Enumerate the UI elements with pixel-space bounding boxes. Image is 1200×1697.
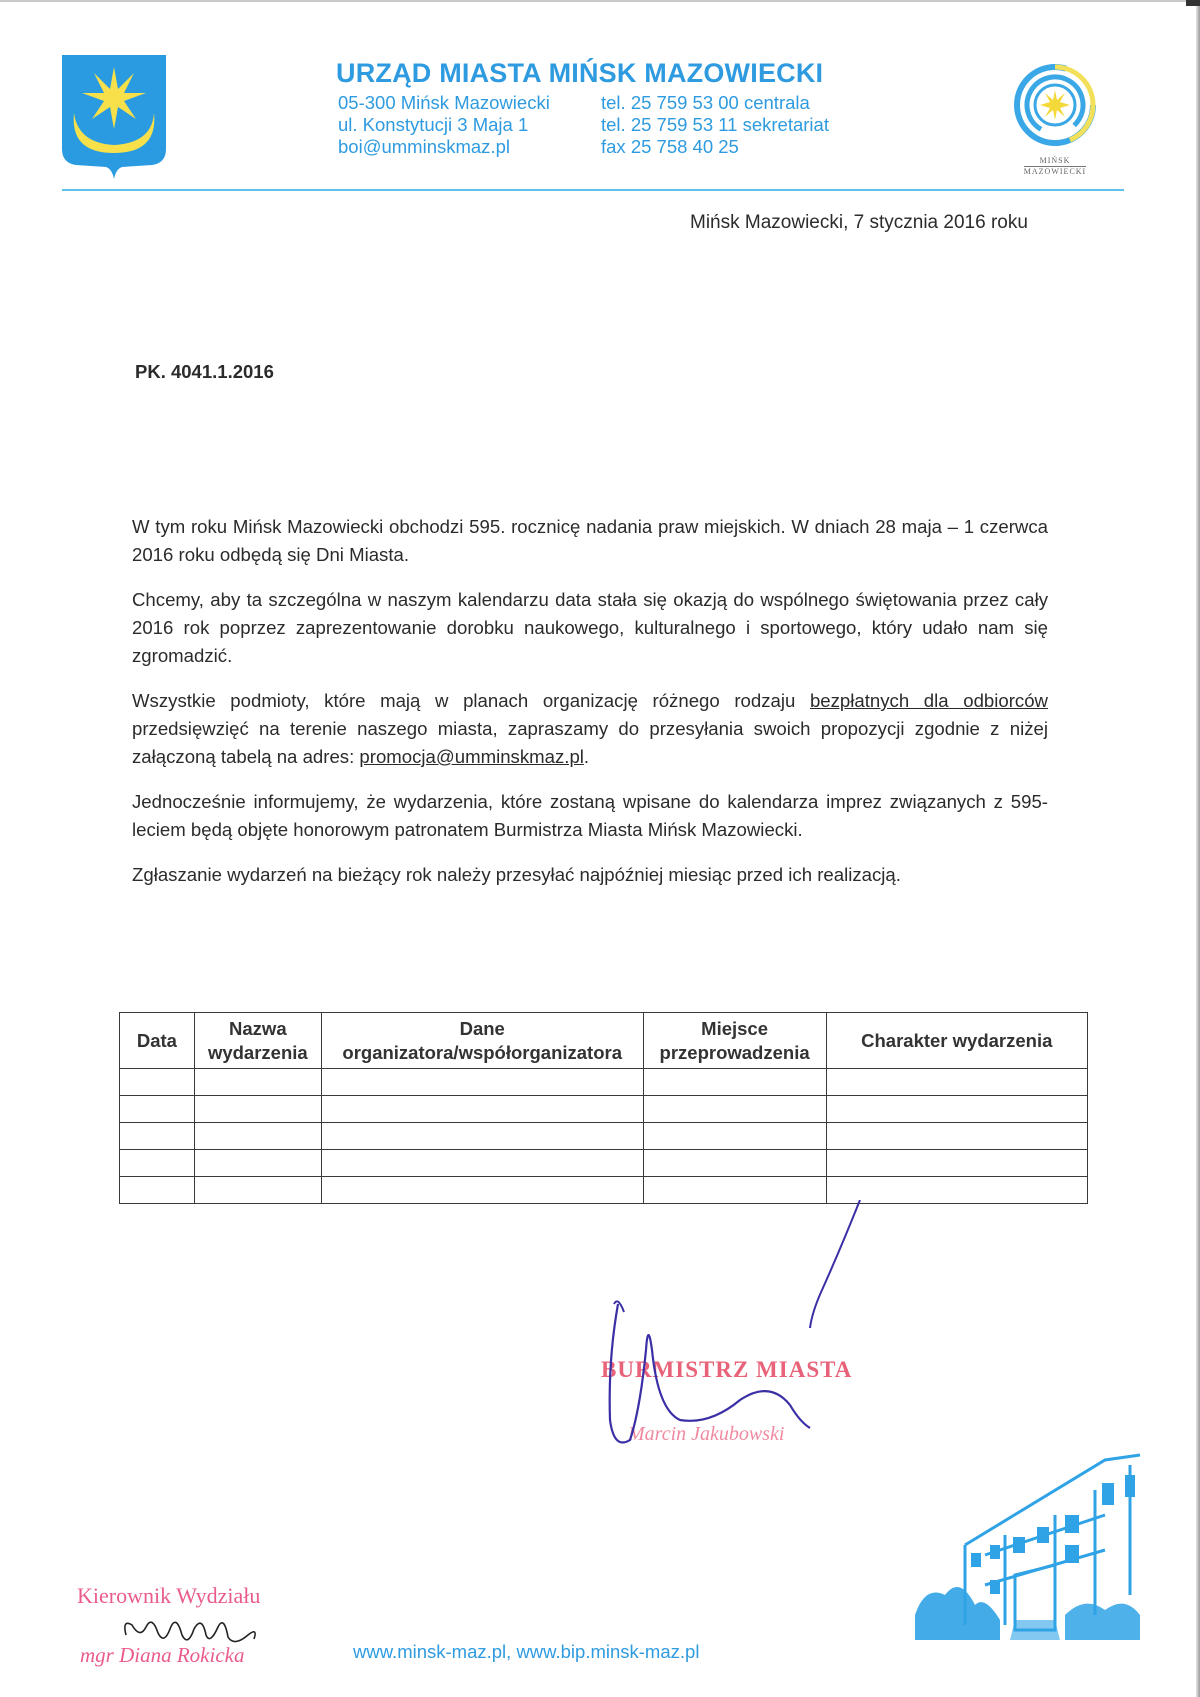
- table-row: [120, 1150, 1088, 1177]
- table-cell[interactable]: [321, 1177, 643, 1204]
- table-cell[interactable]: [321, 1150, 643, 1177]
- paragraph-celebration: Chcemy, aby ta szczególna w naszym kalen…: [132, 586, 1048, 670]
- paragraph-anniversary: W tym roku Mińsk Mazowiecki obchodzi 595…: [132, 513, 1048, 569]
- letter-body: W tym roku Mińsk Mazowiecki obchodzi 595…: [132, 513, 1048, 906]
- table-header-row: Data Nazwawydarzenia Daneorganizatora/ws…: [120, 1013, 1088, 1069]
- sun-swirl-logo-icon: [1010, 60, 1100, 150]
- phone-block: tel. 25 759 53 00 centrala tel. 25 759 5…: [601, 92, 829, 158]
- table-cell[interactable]: [194, 1069, 321, 1096]
- organization-title: URZĄD MIASTA MIŃSK MAZOWIECKI: [336, 58, 823, 89]
- table-cell[interactable]: [826, 1096, 1087, 1123]
- invitation-end: .: [584, 746, 589, 767]
- city-logo: MIŃSK MAZOWIECKI: [1010, 60, 1100, 180]
- paragraph-invitation: Wszystkie podmioty, które mają w planach…: [132, 687, 1048, 771]
- table-cell[interactable]: [194, 1096, 321, 1123]
- table-cell[interactable]: [643, 1069, 826, 1096]
- table-cell[interactable]: [194, 1177, 321, 1204]
- address-email[interactable]: boi@umminskmaz.pl: [338, 136, 550, 158]
- free-events-emphasis: bezpłatnych dla odbiorców: [810, 690, 1048, 711]
- table-cell[interactable]: [120, 1177, 195, 1204]
- scan-edge: [0, 0, 1200, 2]
- mayor-signature-icon: [600, 1200, 900, 1455]
- table-cell[interactable]: [120, 1150, 195, 1177]
- table-cell[interactable]: [643, 1150, 826, 1177]
- reference-number: PK. 4041.1.2016: [135, 361, 274, 383]
- column-header-event-type: Charakter wydarzenia: [826, 1013, 1087, 1069]
- table-row: [120, 1123, 1088, 1150]
- paragraph-patronage: Jednocześnie informujemy, że wydarzenia,…: [132, 788, 1048, 844]
- place-date: Mińsk Mazowiecki, 7 stycznia 2016 roku: [690, 212, 1028, 234]
- phone-central: tel. 25 759 53 00 centrala: [601, 92, 829, 114]
- footer-website-links[interactable]: www.minsk-maz.pl, www.bip.minsk-maz.pl: [353, 1641, 699, 1663]
- table-cell[interactable]: [826, 1069, 1087, 1096]
- address-postal: 05-300 Mińsk Mazowiecki: [338, 92, 550, 114]
- table-cell[interactable]: [120, 1069, 195, 1096]
- town-hall-building-icon: [905, 1445, 1145, 1645]
- table-cell[interactable]: [643, 1096, 826, 1123]
- invitation-text: Wszystkie podmioty, które mają w planach…: [132, 690, 810, 711]
- address-street: ul. Konstytucji 3 Maja 1: [338, 114, 550, 136]
- events-form-table: Data Nazwawydarzenia Daneorganizatora/ws…: [119, 1012, 1088, 1204]
- column-header-organizer: Daneorganizatora/współorganizatora: [321, 1013, 643, 1069]
- scan-edge-right: [1196, 0, 1200, 1697]
- department-head-name: mgr Diana Rokicka: [80, 1643, 244, 1668]
- table-cell[interactable]: [194, 1123, 321, 1150]
- table-row: [120, 1069, 1088, 1096]
- phone-secretariat: tel. 25 759 53 11 sekretariat: [601, 114, 829, 136]
- paragraph-deadline: Zgłaszanie wydarzeń na bieżący rok należ…: [132, 861, 1048, 889]
- star-crescent-shield-icon: [60, 53, 168, 181]
- scan-corner: [1186, 0, 1200, 6]
- logo-caption-bottom: MAZOWIECKI: [1010, 167, 1100, 176]
- column-header-date: Data: [120, 1013, 195, 1069]
- table-cell[interactable]: [643, 1123, 826, 1150]
- table-cell[interactable]: [321, 1123, 643, 1150]
- table-cell[interactable]: [194, 1150, 321, 1177]
- promotion-email-link[interactable]: promocja@umminskmaz.pl: [359, 746, 584, 767]
- table-cell[interactable]: [826, 1150, 1087, 1177]
- column-header-event-name: Nazwawydarzenia: [194, 1013, 321, 1069]
- column-header-venue: Miejsceprzeprowadzenia: [643, 1013, 826, 1069]
- logo-caption-top: MIŃSK: [1010, 156, 1100, 165]
- table-cell[interactable]: [120, 1123, 195, 1150]
- table-cell[interactable]: [120, 1096, 195, 1123]
- header-divider: [62, 189, 1124, 191]
- invitation-text-cont: przedsięwzięć na terenie naszego miasta,…: [132, 718, 1048, 767]
- table-cell[interactable]: [321, 1069, 643, 1096]
- table-cell[interactable]: [826, 1123, 1087, 1150]
- table-row: [120, 1096, 1088, 1123]
- address-block: 05-300 Mińsk Mazowiecki ul. Konstytucji …: [338, 92, 550, 158]
- table-cell[interactable]: [321, 1096, 643, 1123]
- fax-number: fax 25 758 40 25: [601, 136, 829, 158]
